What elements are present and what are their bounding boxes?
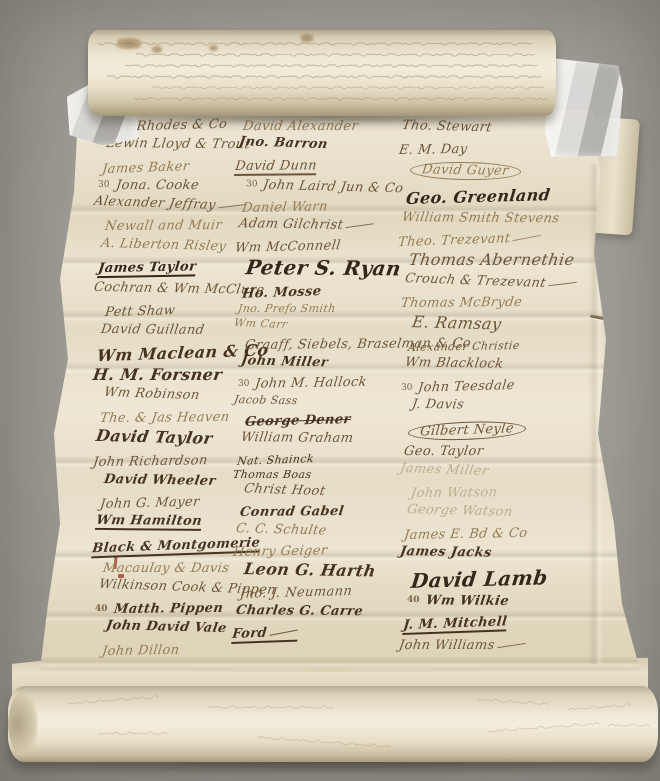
signature-name: Geo. Greenland xyxy=(405,187,551,207)
signature-name: Charles G. Carre xyxy=(235,604,364,618)
signature-name: John Richardson xyxy=(92,454,208,469)
signature: J. Davis xyxy=(412,398,630,413)
signature-name: Jacob Sass xyxy=(233,394,298,406)
signature-name: James E. Bd & Co xyxy=(403,527,528,542)
signature-name: Wm Hamilton xyxy=(95,514,203,531)
signature-name: William Smith Stevens xyxy=(401,211,560,225)
signature-name: John Watson xyxy=(410,486,498,500)
signature-name: E. M. Day xyxy=(398,143,468,157)
signature-name: John Miller xyxy=(240,354,329,369)
signature: 40Wm Wilkie xyxy=(407,594,630,609)
signature: George Watson xyxy=(407,503,630,522)
signature-name: Thomas Boas xyxy=(232,469,312,480)
mirrored-text-line xyxy=(98,43,532,45)
bleed-through-marks xyxy=(8,686,658,762)
signature-name: Adam Gilchrist xyxy=(238,217,375,232)
bleed-through-mark xyxy=(568,703,631,710)
signature-name: David Guyer xyxy=(408,161,521,181)
signature-name: Pett Shaw xyxy=(104,305,176,320)
signature-name: John Laird Jun & Co xyxy=(263,179,405,196)
signature-name: Wm McConnell xyxy=(234,239,341,255)
signature-name: William Graham xyxy=(240,431,354,445)
signature: John Watson xyxy=(411,485,630,500)
signature-name: Crouch & Trezevant xyxy=(404,272,578,291)
signature-name: Daniel Warn xyxy=(242,200,329,215)
signature-name: Jno. Barron xyxy=(238,135,329,151)
signature-name: John David Vale xyxy=(105,619,228,635)
signature-column-right: Tho. StewartE. M. DayDavid GuyerGeo. Gre… xyxy=(398,122,630,652)
manuscript-sheet: Peter Rhodes & CoLewin Lloyd & TroutJame… xyxy=(28,104,644,674)
mirrored-text-line xyxy=(125,65,538,67)
photograph-of-signature-scroll: Peter Rhodes & CoLewin Lloyd & TroutJame… xyxy=(0,0,660,781)
signature-name: Newall and Muir xyxy=(104,219,223,233)
bleed-through-mark xyxy=(478,698,548,705)
fox-spot xyxy=(112,38,146,49)
mirrored-text-line xyxy=(107,76,541,78)
scroll-bottom-roll xyxy=(8,686,658,762)
signature: James E. Bd & Co xyxy=(403,525,630,542)
signature-name: David Wheeler xyxy=(103,472,217,487)
signature-name: John Dillon xyxy=(102,643,181,657)
fox-spot xyxy=(298,34,316,42)
signature-name: J. M. Mitchell xyxy=(402,616,508,636)
signature: E. Ramsay xyxy=(412,314,630,336)
signature-name: David Lamb xyxy=(410,567,549,591)
bleed-through-mark xyxy=(98,732,168,734)
signature: Geo. Greenland xyxy=(406,185,631,207)
mirrored-text-line xyxy=(134,98,547,100)
signature-name: Wm Robinson xyxy=(103,386,201,402)
signature: Theo. Trezevant xyxy=(398,228,630,249)
signature-name: E. Ramsay xyxy=(411,314,503,332)
bleed-through-mark xyxy=(488,722,600,732)
signature: Alexander Christie xyxy=(408,338,630,353)
fox-spot xyxy=(208,45,219,51)
signature-name: George Dener xyxy=(244,413,351,429)
signature-name: Alexander Christie xyxy=(408,340,521,353)
mirrored-text-lines xyxy=(88,30,556,116)
signature: David Guyer xyxy=(409,161,630,183)
signature-name: Conrad Gabel xyxy=(239,505,345,519)
signature-name: Leon G. Harth xyxy=(242,561,376,579)
signature-name: Gilbert Neyle xyxy=(407,419,527,441)
signature-name: Jona. Cooke xyxy=(115,179,200,192)
marginal-number: 30 xyxy=(237,380,249,389)
signature: John Dillon xyxy=(102,641,338,658)
signature-name: Wm Wilkie xyxy=(424,594,509,608)
marginal-number: 30 xyxy=(401,384,413,393)
bleed-through-mark xyxy=(608,724,650,726)
signature-name: Wm Blacklock xyxy=(404,357,504,372)
signature-name: Nat. Shainck xyxy=(236,453,314,467)
signature-name: George Watson xyxy=(406,503,514,519)
signature-name: David Guilland xyxy=(100,323,205,337)
signature-name: Peter S. Ryan xyxy=(244,257,402,278)
signature-name: David Dunn xyxy=(234,159,318,176)
marginal-number: 30 xyxy=(246,180,258,189)
marginal-number: 30 xyxy=(98,181,109,190)
signature: James Jacks xyxy=(400,545,631,562)
bleed-through-mark xyxy=(208,706,334,708)
marginal-number: 40 xyxy=(95,605,108,614)
signature-name: John G. Mayer xyxy=(99,495,200,511)
signature: David Lamb xyxy=(410,565,630,591)
signature-name: John Williams xyxy=(398,639,526,652)
bleed-through-mark xyxy=(258,736,391,748)
signature-name: Jno. Prefo Smith xyxy=(237,303,336,314)
signature-name: Geo. Taylor xyxy=(403,445,484,458)
signature-name: C. C. Schulte xyxy=(235,522,328,537)
signature-name: Thomas McBryde xyxy=(400,296,523,310)
signature-name: John M. Hallock xyxy=(254,376,367,391)
signature-name: Wm Carr xyxy=(233,317,288,330)
signature-name: David Taylor xyxy=(95,428,214,447)
signature-name: The. & Jas Heaven xyxy=(99,411,230,425)
signature-name: James Baker xyxy=(101,160,190,176)
signature-name: J. Davis xyxy=(411,398,465,411)
signature-name: James Jacks xyxy=(399,545,493,560)
bleed-through-mark xyxy=(68,695,159,704)
signature-name: Henry Geiger xyxy=(232,544,328,559)
signature-name: Thomas Abernethie xyxy=(408,252,576,268)
signature: Thomas McBryde xyxy=(401,295,630,310)
signature-name: Christ Hoot xyxy=(243,482,327,498)
signature-name: James Miller xyxy=(399,462,490,478)
signature-name: Alexander Jeffray xyxy=(93,195,248,213)
signature: Geo. Taylor xyxy=(404,445,630,458)
signature-name: Ho. Mosse xyxy=(241,285,322,301)
signature: 30John Teesdale xyxy=(401,376,631,395)
signature-name: John Teesdale xyxy=(417,379,515,395)
signature-name: Ford xyxy=(231,626,298,644)
signature: Crouch & Trezevant xyxy=(405,272,630,293)
signature-name: Matth. Pippen xyxy=(113,602,224,616)
mirrored-text-line xyxy=(152,87,544,89)
signature: John Williams xyxy=(399,639,630,652)
signature-name: James Taylor xyxy=(97,260,197,278)
signature-name: Jno. J. Neumann xyxy=(239,585,353,601)
signature-name: A. Liberton Risley xyxy=(100,237,227,253)
scroll-top-roll xyxy=(88,30,556,116)
mirrored-text-line xyxy=(136,54,535,56)
signature-name: Macaulay & Davis xyxy=(102,562,230,575)
signature: James Miller xyxy=(400,461,630,482)
marginal-number: 40 xyxy=(407,596,420,605)
fox-spot xyxy=(150,46,164,53)
signature: Thomas Abernethie xyxy=(409,252,630,268)
signature: Wm Blacklock xyxy=(404,357,630,374)
signature: J. M. Mitchell xyxy=(403,611,630,635)
signature-name: H. M. Forsner xyxy=(92,367,223,383)
signature: Gilbert Neyle xyxy=(408,416,631,442)
signature-name: Theo. Trezevant xyxy=(397,231,542,249)
signature: William Smith Stevens xyxy=(402,211,630,226)
